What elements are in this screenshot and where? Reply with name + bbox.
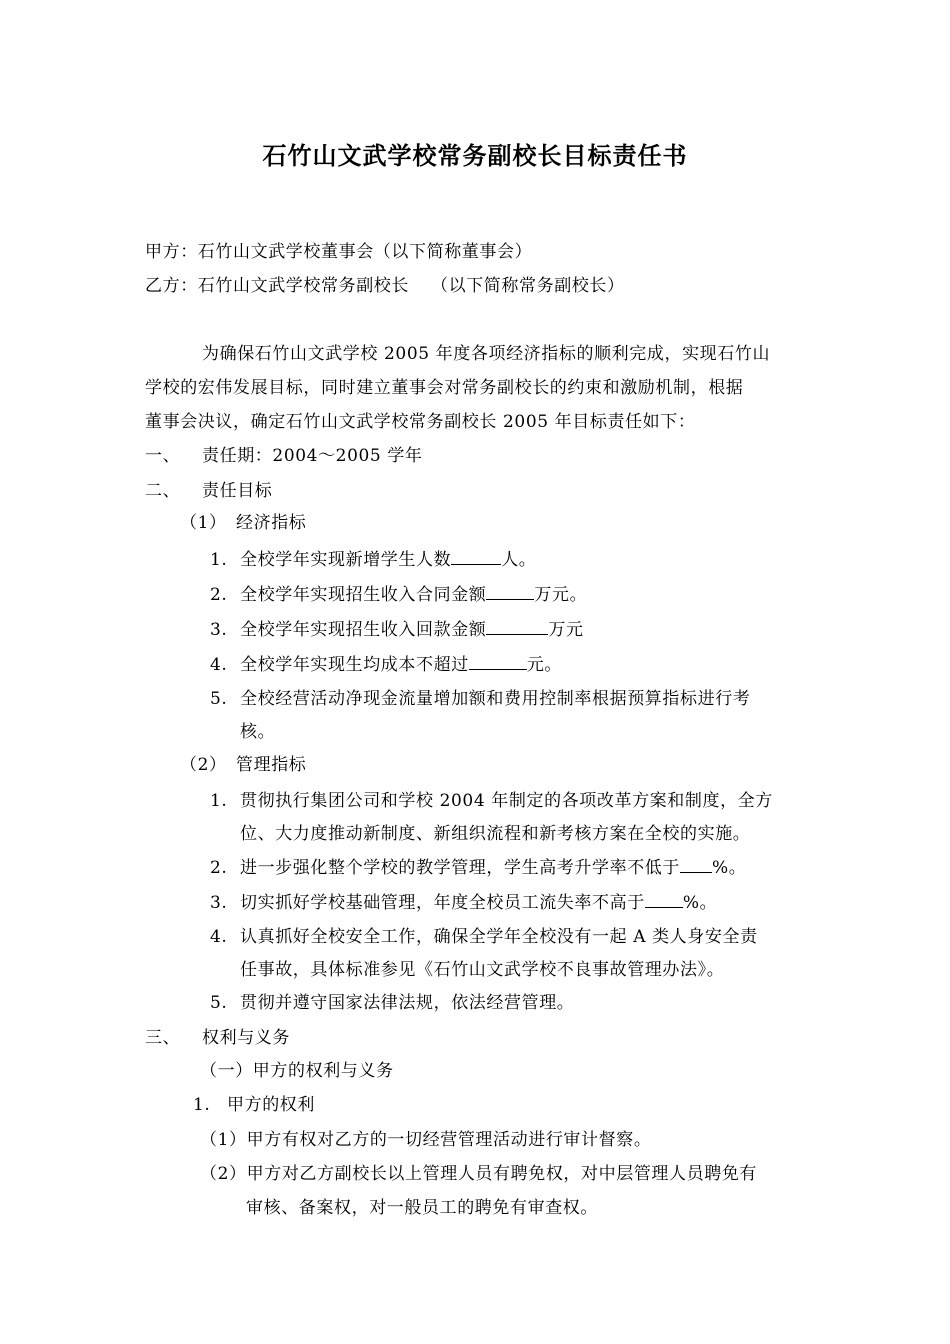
blank-collection-amount[interactable] (486, 618, 548, 635)
section-3-number: 三、 (145, 1027, 180, 1049)
economic-item-3: 3.全校学年实现招生收入回款金额万元 (210, 618, 584, 641)
rights-clause-2-cont: 审核、备案权，对一般员工的聘免有审查权。 (246, 1197, 598, 1219)
section-1-label: 责任期：2004～2005 学年 (202, 445, 423, 467)
blank-new-students[interactable] (451, 548, 501, 565)
document-title: 石竹山文武学校常务副校长目标责任书 (0, 136, 950, 171)
document-page: 石竹山文武学校常务副校长目标责任书 甲方：石竹山文武学校董事会（以下简称董事会）… (0, 0, 950, 1344)
section-2-number: 二、 (145, 480, 180, 502)
party-b: 乙方：石竹山文武学校常务副校长（以下简称常务副校长） (145, 275, 625, 297)
economic-item-5-cont: 核。 (240, 721, 275, 743)
party-a: 甲方：石竹山文武学校董事会（以下简称董事会） (145, 241, 532, 263)
rights-sub-heading: （一）甲方的权利与义务 (200, 1060, 394, 1082)
blank-contract-amount[interactable] (486, 583, 534, 600)
economic-item-5: 5.全校经营活动净现金流量增加额和费用控制率根据预算指标进行考 (210, 688, 750, 710)
intro-line-2: 学校的宏伟发展目标，同时建立董事会对常务副校长的约束和激励机制，根据 (145, 377, 743, 399)
rights-clause-2: （2）甲方对乙方副校长以上管理人员有聘免权，对中层管理人员聘免有 (200, 1163, 757, 1185)
blank-turnover-rate[interactable] (645, 891, 683, 908)
economic-heading-number: （1） (180, 512, 227, 534)
party-b-name: 乙方：石竹山文武学校常务副校长 (145, 276, 409, 296)
management-item-1: 1.贯彻执行集团公司和学校 2004 年制定的各项改革方案和制度，全方 (210, 790, 773, 812)
economic-item-2: 2.全校学年实现招生收入合同金额万元。 (210, 583, 587, 606)
management-item-3: 3.切实抓好学校基础管理，年度全校员工流失率不高于%。 (210, 891, 717, 914)
management-item-2: 2.进一步强化整个学校的教学管理，学生高考升学率不低于%。 (210, 856, 746, 879)
management-item-4-cont: 任事故，具体标准参见《石竹山文武学校不良事故管理办法》。 (240, 959, 724, 981)
management-item-4: 4.认真抓好全校安全工作，确保全学年全校没有一起 A 类人身安全责 (210, 926, 758, 948)
management-heading: 管理指标 (236, 754, 306, 776)
management-item-1-cont: 位、大力度推动新制度、新组织流程和新考核方案在全校的实施。 (240, 823, 750, 845)
rights-sub-item: 1.甲方的权利 (193, 1094, 315, 1116)
intro-line-3: 董事会决议，确定石竹山文武学校常务副校长 2005 年目标责任如下： (145, 411, 695, 433)
economic-item-4: 4.全校学年实现生均成本不超过元。 (210, 653, 562, 676)
management-heading-number: （2） (180, 754, 227, 776)
section-3-label: 权利与义务 (202, 1027, 290, 1049)
party-b-alias: （以下简称常务副校长） (431, 276, 625, 296)
section-2-label: 责任目标 (202, 480, 272, 502)
intro-line-1: 为确保石竹山文武学校 2005 年度各项经济指标的顺利完成，实现石竹山 (202, 343, 770, 365)
rights-clause-1: （1）甲方有权对乙方的一切经营管理活动进行审计督察。 (200, 1129, 651, 1151)
management-item-5: 5.贯彻并遵守国家法律法规，依法经营管理。 (210, 992, 574, 1014)
blank-cost-per-student[interactable] (469, 653, 527, 670)
economic-item-1: 1.全校学年实现新增学生人数人。 (210, 548, 536, 571)
economic-heading: 经济指标 (236, 512, 306, 534)
section-1-number: 一、 (145, 445, 180, 467)
blank-admission-rate[interactable] (680, 856, 712, 873)
